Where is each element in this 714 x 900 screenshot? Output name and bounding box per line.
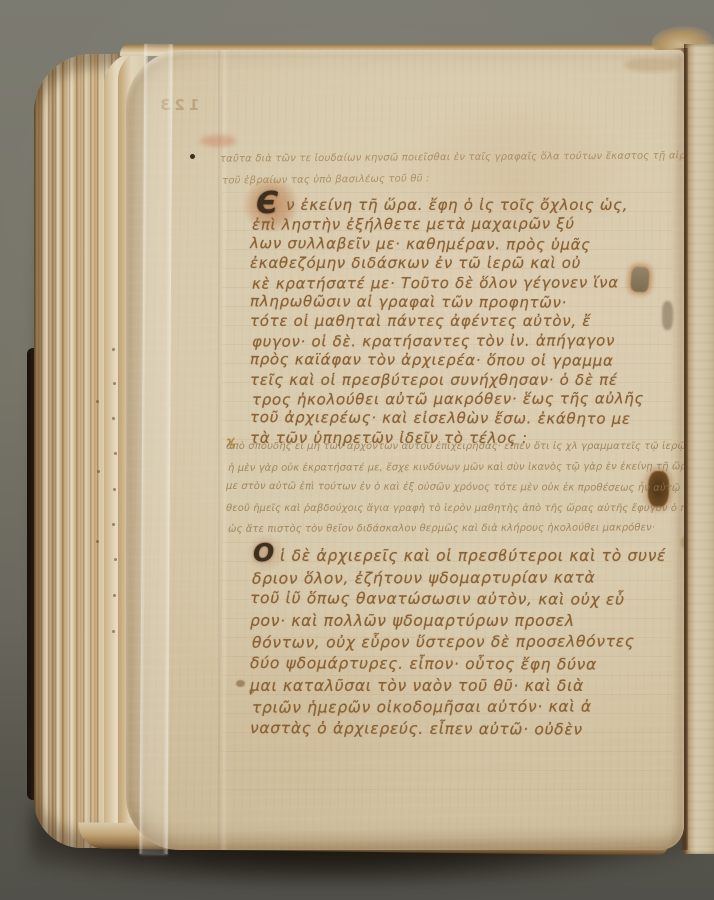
text-line: δύο ψδομάρτυρες. εἶπον· οὗτος ἔφη δύνα xyxy=(250,653,666,676)
repair-tape-band xyxy=(140,44,173,854)
red-smudge-stain xyxy=(200,135,236,147)
manuscript-page: 123 ταῦτα διὰ τῶν τε ἰουδαίων κηνσῶ ποιε… xyxy=(126,50,684,850)
text-line: κὲ κρατήσατέ με· Τοῦτο δὲ ὅλον γέγονεν ἵ… xyxy=(252,273,644,294)
text-line: τοῦ ἀρχιερέως· καὶ εἰσελθὼν ἔσω. ἐκάθητο… xyxy=(250,409,642,430)
margin-stain xyxy=(662,301,673,330)
ink-speck xyxy=(190,154,195,159)
pricking-hole xyxy=(113,594,116,597)
text-line: πληρωθῶσιν αἱ γραφαὶ τῶν προφητῶν· xyxy=(250,292,642,313)
pricking-hole xyxy=(113,488,116,491)
brown-streak-stain xyxy=(624,58,680,72)
text-line: τριῶν ἡμερῶν οἰκοδομῆσαι αὐτόν· καὶ ἀ xyxy=(252,696,668,719)
pricking-hole xyxy=(112,348,115,351)
text-line: τότε οἱ μαθηταὶ πάντες ἀφέντες αὐτὸν, ἔ xyxy=(250,312,642,331)
facing-page-edge xyxy=(684,44,714,854)
text-line: τρος ἠκολούθει αὐτῶ μακρόθεν· ἕως τῆς αὐ… xyxy=(252,389,644,410)
manuscript-photo: 123 ταῦτα διὰ τῶν τε ἰουδαίων κηνσῶ ποιε… xyxy=(0,0,714,900)
text-line: ἱ δὲ ἀρχιερεῖς καὶ οἱ πρεσϐύτεροι καὶ τὸ… xyxy=(250,546,666,568)
text-line: πρὸς καϊάφαν τὸν ἀρχιερέα· ὅπου οἱ γραμμ… xyxy=(250,350,642,371)
text-line: ναστὰς ὁ ἀρχιερεύς. εἶπεν αὐτῶ· οὐδὲν xyxy=(250,718,666,741)
gloss-line: με στὸν αὐτῶ ἐπὶ τούτων ἐν ὁ καὶ ἐξ οὐσῶ… xyxy=(226,477,684,500)
pricking-hole xyxy=(114,558,117,561)
text-line: ρον· καὶ πολλῶν ψδομαρτύρων προσελ xyxy=(250,611,666,633)
pricking-hole xyxy=(96,540,99,543)
pricking-hole xyxy=(114,452,117,455)
pricking-hole xyxy=(113,382,116,385)
text-line: ν ἐκείνη τῆ ὥρα. ἔφη ὁ ἰς τοῖς ὄχλοις ὡς… xyxy=(250,196,642,215)
text-line: ἐκαθεζόμην διδάσκων ἐν τῶ ἱερῶ καὶ οὐ xyxy=(250,254,642,273)
gloss-line: ἡ μὲν γὰρ οὐκ ἐκρατήσατέ με, ἔσχε κινδύν… xyxy=(228,457,684,479)
pricking-hole xyxy=(112,630,115,633)
brown-spot-stain xyxy=(236,680,245,687)
pricking-hole xyxy=(112,523,115,526)
gospel-text-block-2: ἱ δὲ ἀρχιερεῖς καὶ οἱ πρεσϐύτεροι καὶ τὸ… xyxy=(250,546,666,740)
text-line: τεῖς καὶ οἱ πρεσβύτεροι συνήχθησαν· ὁ δὲ… xyxy=(250,371,642,390)
pricking-hole xyxy=(96,400,99,403)
text-line: φυγον· οἱ δὲ. κρατήσαντες τὸν ἰν. ἀπήγαγ… xyxy=(252,331,644,352)
gloss-line: ὡς ἅτε πιστὸς τὸν θεῖον διδάσκαλον θερμῶ… xyxy=(228,518,684,540)
gospel-text-block-1: ν ἐκείνη τῆ ὥρα. ἔφη ὁ ἰς τοῖς ὄχλοις ὡς… xyxy=(250,196,642,448)
gloss-line: ἀπὸ σπουδῆς εἰ μὴ τῶν ἀρχόντων αὐτοῦ ἐπι… xyxy=(226,437,684,458)
text-line: μαι καταλῦσαι τὸν ναὸν τοῦ θῦ· καὶ διὰ xyxy=(250,676,666,698)
gloss-line: θεοῦ ἡμεῖς καὶ ῥαβδούχοις ἅγια γραφὴ τὸ … xyxy=(226,499,684,520)
text-line: λων συλλαβεῖν με· καθημέραν. πρὸς ὑμᾶς xyxy=(250,234,642,255)
text-line: θόντων, οὐχ εὗρον ὕστερον δὲ προσελθόντε… xyxy=(252,632,668,655)
text-line: τοῦ ἰῦ ὅπως θανατώσωσιν αὐτὸν, καὶ οὐχ ε… xyxy=(250,588,666,611)
pricking-hole xyxy=(97,470,100,473)
gloss-commentary-block: ἀπὸ σπουδῆς εἰ μὴ τῶν ἀρχόντων αὐτοῦ ἐπι… xyxy=(226,437,684,540)
pricking-hole xyxy=(112,417,115,420)
text-line: δριον ὅλον, ἐζήτουν ψδομαρτυρίαν κατὰ xyxy=(252,567,668,590)
text-line: ἐπὶ ληστὴν ἐξήλθετε μετὰ μαχαιρῶν ξύ xyxy=(252,215,644,236)
